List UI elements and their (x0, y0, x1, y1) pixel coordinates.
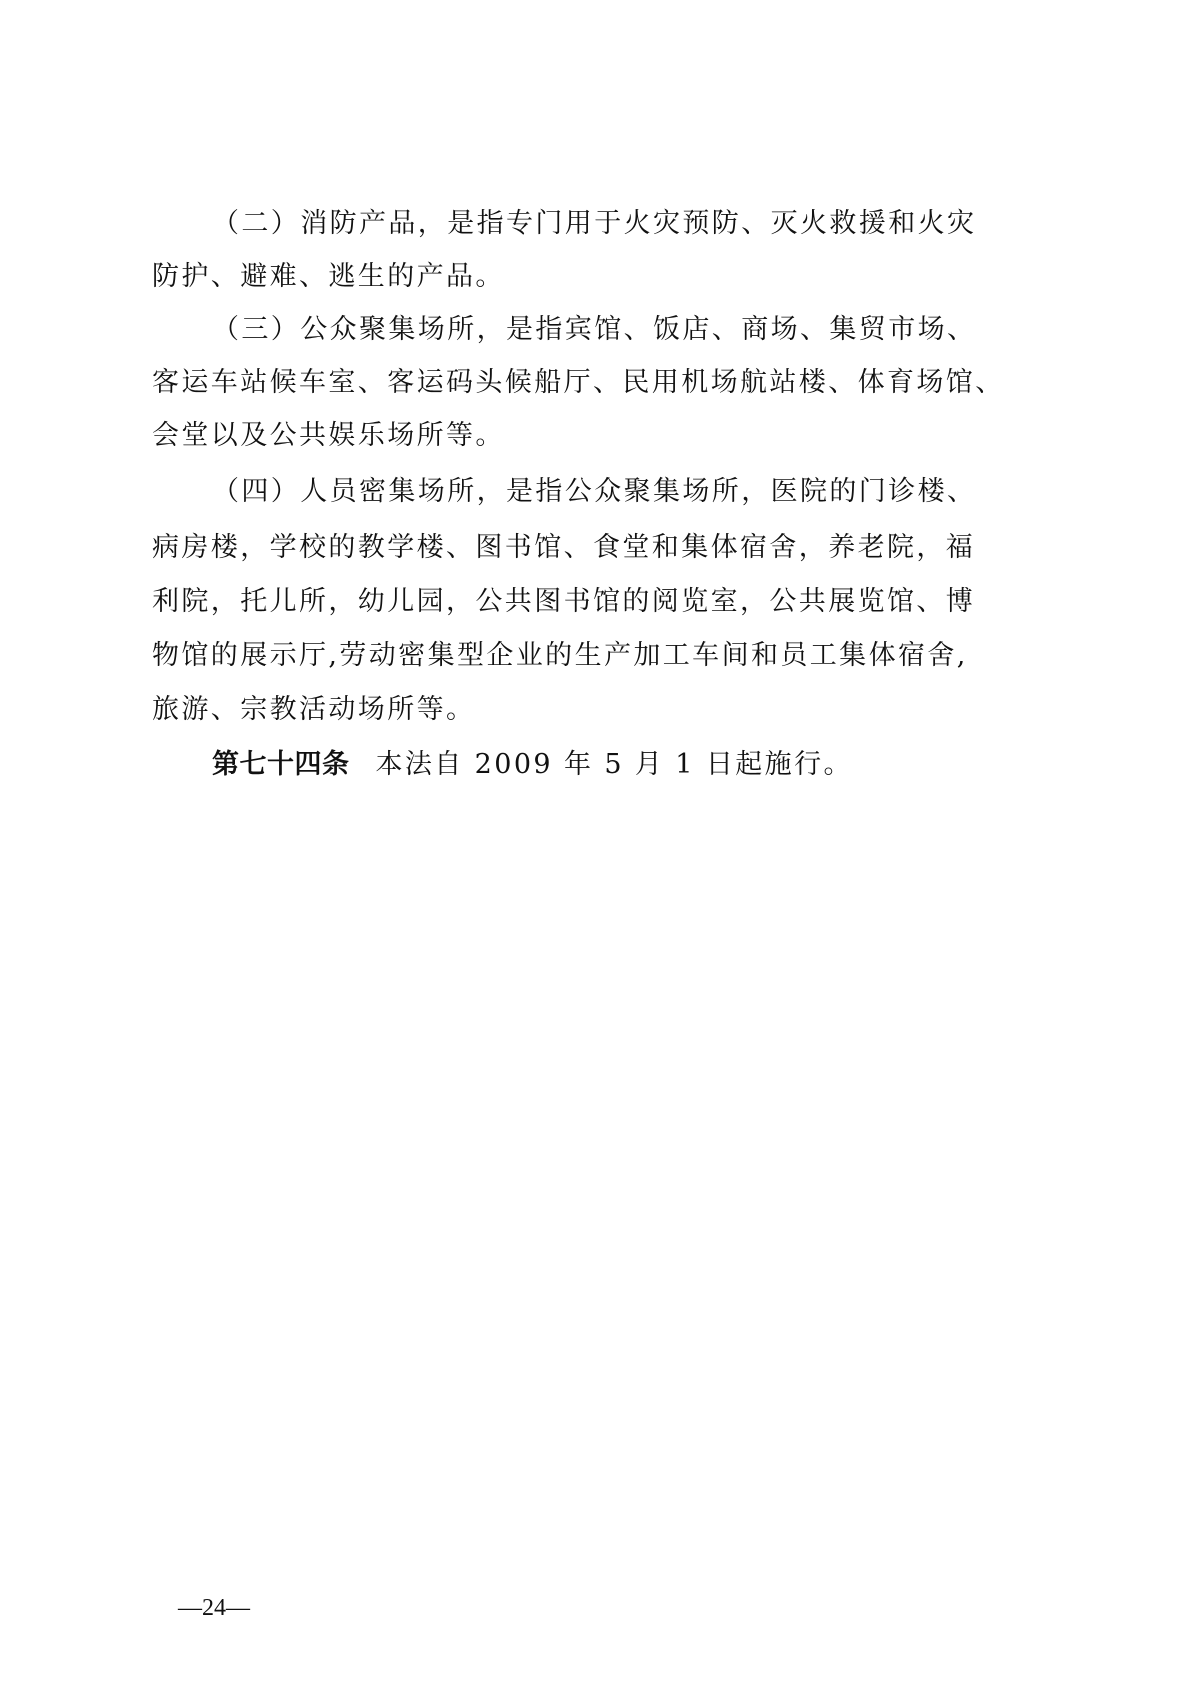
document-page: （二）消防产品，是指专门用于火灾预防、灭火救援和火灾 防护、避难、逃生的产品。 … (0, 0, 1190, 1683)
article-body: 本法自 2009 年 5 月 1 日起施行。 (376, 749, 853, 780)
paragraph-item-3-line-1: （三）公众聚集场所，是指宾馆、饭店、商场、集贸市场、 (212, 312, 1102, 348)
paragraph-item-2-line-2: 防护、避难、逃生的产品。 (152, 259, 1042, 295)
paragraph-item-3-line-3: 会堂以及公共娱乐场所等。 (152, 418, 1042, 454)
paragraph-item-4-line-2: 病房楼，学校的教学楼、图书馆、食堂和集体宿舍，养老院，福 (152, 530, 1042, 566)
article-heading: 第七十四条 (212, 749, 350, 780)
paragraph-item-4-line-5: 旅游、宗教活动场所等。 (152, 692, 1042, 728)
page-number: —24— (178, 1593, 250, 1623)
article-74: 第七十四条本法自 2009 年 5 月 1 日起施行。 (212, 747, 1102, 783)
paragraph-item-3-line-2: 客运车站候车室、客运码头候船厅、民用机场航站楼、体育场馆、 (152, 365, 1042, 401)
paragraph-item-4-line-4: 物馆的展示厅,劳动密集型企业的生产加工车间和员工集体宿舍, (152, 638, 1042, 674)
paragraph-item-2-line-1: （二）消防产品，是指专门用于火灾预防、灭火救援和火灾 (212, 206, 1102, 242)
paragraph-item-4-line-1: （四）人员密集场所，是指公众聚集场所，医院的门诊楼、 (212, 474, 1102, 510)
paragraph-item-4-line-3: 利院，托儿所，幼儿园，公共图书馆的阅览室，公共展览馆、博 (152, 584, 1042, 620)
